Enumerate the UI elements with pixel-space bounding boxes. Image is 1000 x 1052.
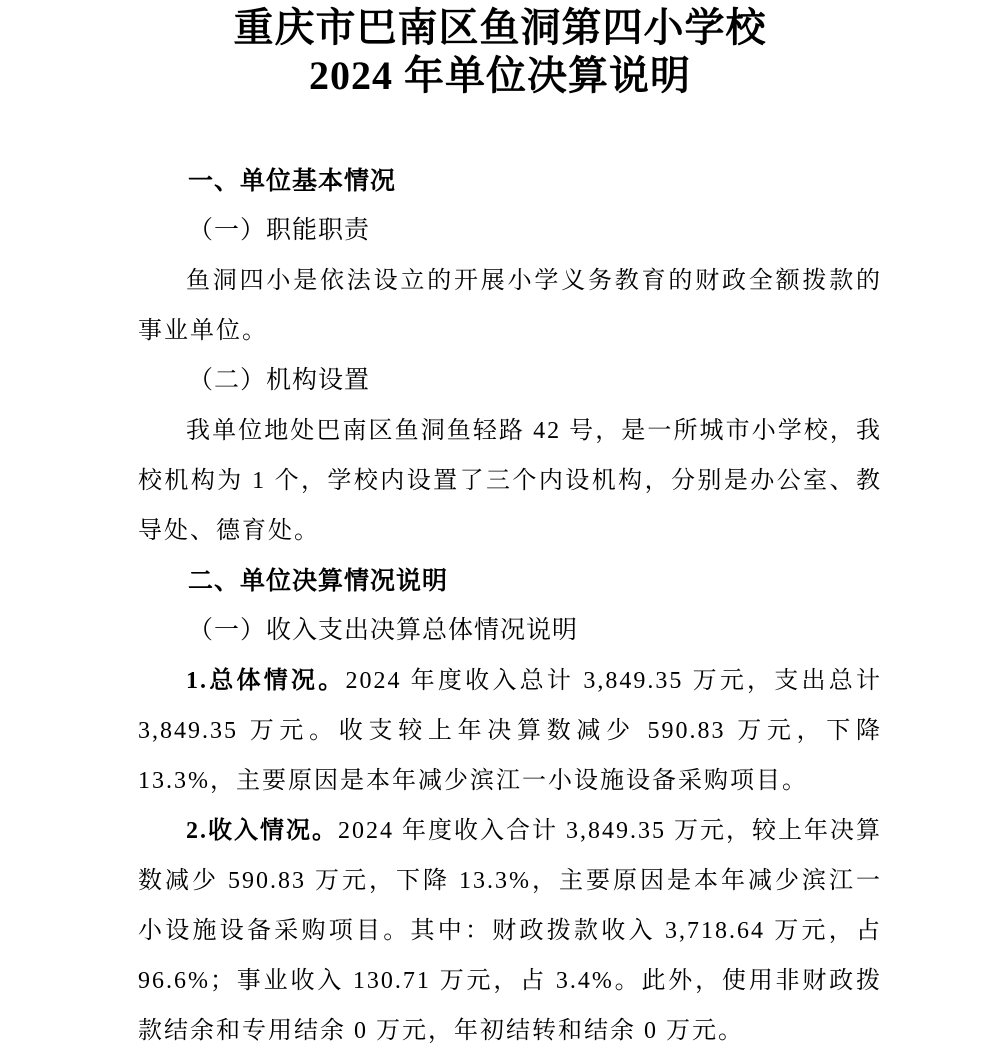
section-1-sub-2-heading: （二）机构设置 — [138, 356, 882, 406]
paragraph-organization: 我单位地处巴南区鱼洞鱼轻路 42 号，是一所城市小学校，我校机构为 1 个，学校… — [138, 406, 882, 556]
document-title-line-1: 重庆市巴南区鱼洞第四小学校 — [0, 4, 1000, 52]
paragraph-income: 2.收入情况。2024 年度收入合计 3,849.35 万元，较上年决算数减少 … — [138, 806, 882, 1052]
document-body: 一、单位基本情况 （一）职能职责 鱼洞四小是依法设立的开展小学义务教育的财政全额… — [138, 156, 882, 1052]
section-2-sub-1-heading: （一）收入支出决算总体情况说明 — [138, 606, 882, 656]
document-page: 重庆市巴南区鱼洞第四小学校 2024 年单位决算说明 一、单位基本情况 （一）职… — [0, 0, 1000, 1052]
section-2-heading: 二、单位决算情况说明 — [138, 556, 882, 606]
document-title: 重庆市巴南区鱼洞第四小学校 2024 年单位决算说明 — [0, 0, 1000, 100]
paragraph-income-text: 2024 年度收入合计 3,849.35 万元，较上年决算数减少 590.83 … — [138, 818, 882, 1044]
document-title-line-2: 2024 年单位决算说明 — [0, 52, 1000, 100]
section-1-heading: 一、单位基本情况 — [138, 156, 882, 206]
paragraph-duties: 鱼洞四小是依法设立的开展小学义务教育的财政全额拨款的事业单位。 — [138, 256, 882, 356]
paragraph-income-lead: 2.收入情况。 — [186, 818, 338, 844]
section-1-sub-1-heading: （一）职能职责 — [138, 206, 882, 256]
paragraph-overall: 1.总体情况。2024 年度收入总计 3,849.35 万元，支出总计 3,84… — [138, 656, 882, 806]
paragraph-overall-lead: 1.总体情况。 — [186, 668, 345, 694]
